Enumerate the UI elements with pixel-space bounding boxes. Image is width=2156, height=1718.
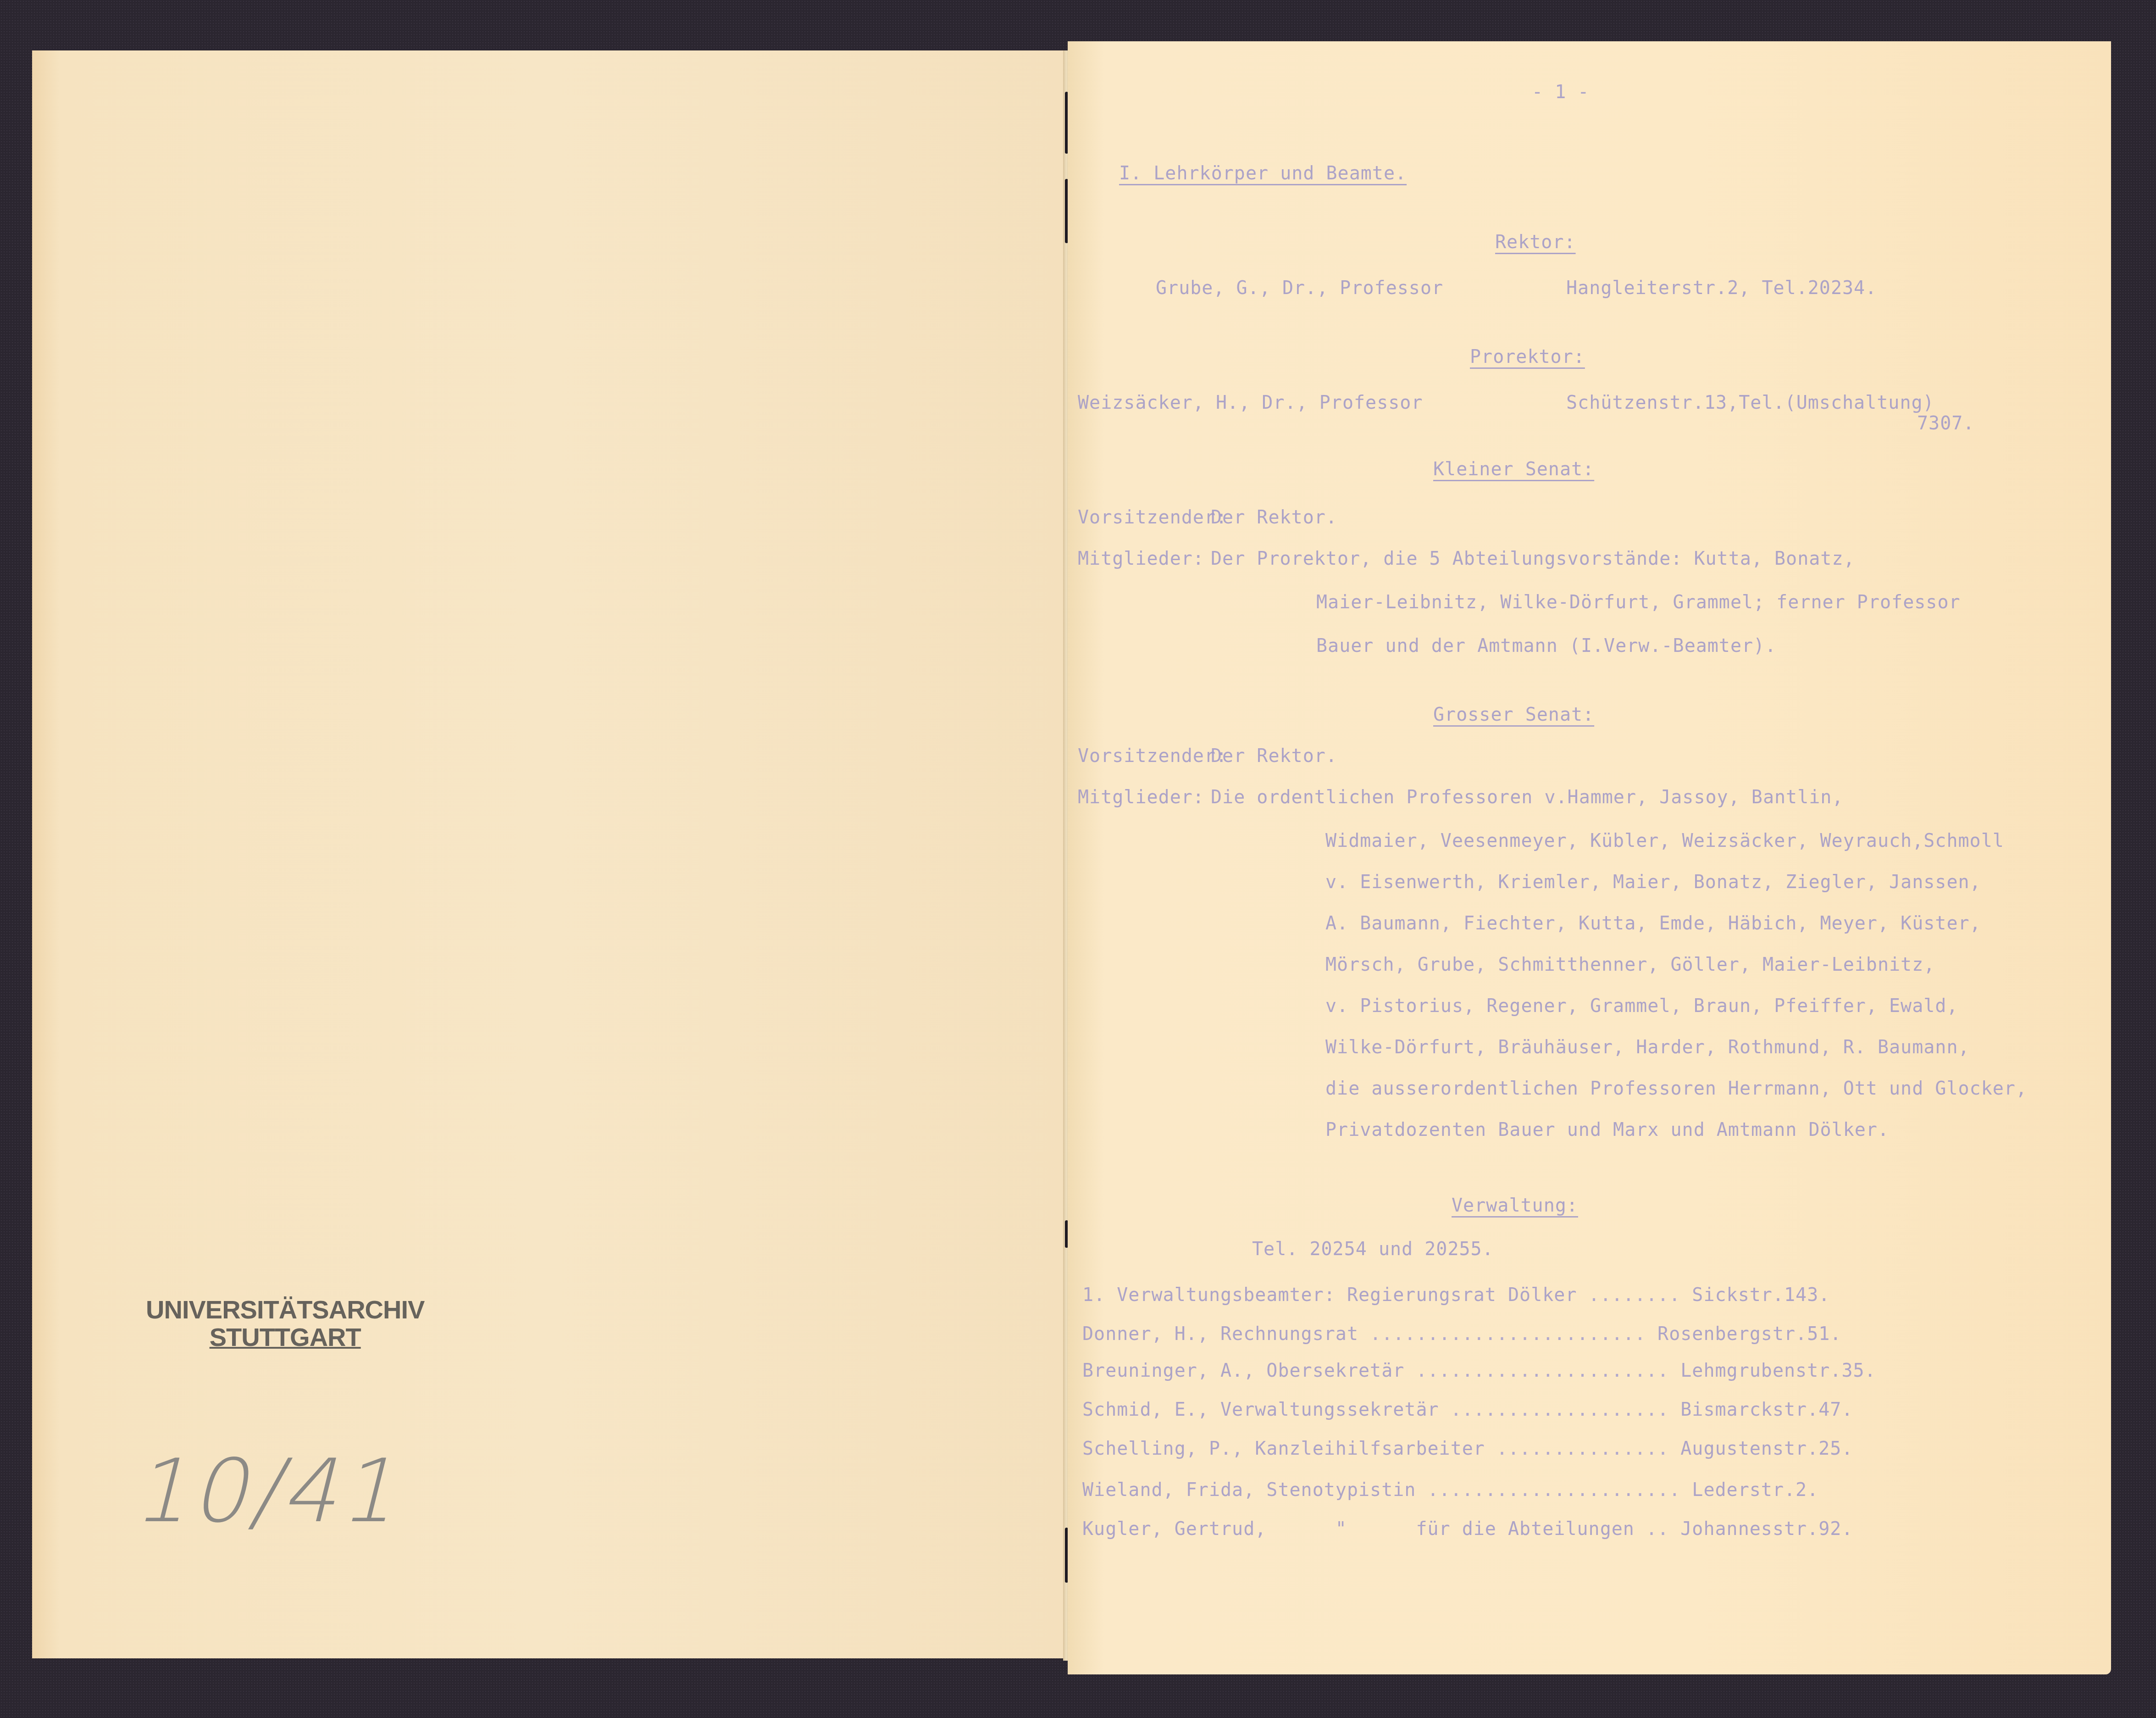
verwaltung-entry: 1. Verwaltungsbeamter: Regierungsrat Döl… [1082, 1284, 1830, 1306]
rektor-name: Grube, G., Dr., Professor [1156, 278, 1443, 299]
kleiner-senat-vorsitzender-label: Vorsitzender: [1078, 507, 1227, 528]
verwaltung-telephone: Tel. 20254 und 20255. [1252, 1239, 1494, 1260]
verwaltung-entry: Schmid, E., Verwaltungssekretär ........… [1082, 1399, 1853, 1420]
stamp-line2: STUTTGART [146, 1323, 424, 1351]
verwaltung-entry: Donner, H., Rechnungsrat ...............… [1082, 1323, 1841, 1345]
archive-stamp: UNIVERSITÄTSARCHIV STUTTGART [146, 1296, 424, 1351]
kleiner-senat-member-line: Der Prorektor, die 5 Abteilungsvorstände… [1211, 548, 1855, 569]
grosser-senat-member-line: Wilke-Dörfurt, Bräuhäuser, Harder, Rothm… [1325, 1037, 1970, 1058]
verwaltung-entry: Kugler, Gertrud, " für die Abteilungen .… [1082, 1518, 1853, 1540]
grosser-senat-vorsitzender: Der Rektor. [1211, 745, 1337, 767]
kleiner-senat-heading: Kleiner Senat: [1433, 459, 1594, 480]
grosser-senat-heading: Grosser Senat: [1433, 704, 1594, 725]
grosser-senat-member-line: die ausserordentlichen Professoren Herrm… [1325, 1078, 2027, 1099]
prorektor-name: Weizsäcker, H., Dr., Professor [1078, 392, 1423, 413]
grosser-senat-member-line: Privatdozenten Bauer und Marx und Amtman… [1325, 1119, 1889, 1140]
page-number: - 1 - [1532, 82, 1589, 103]
grosser-senat-member-line: v. Eisenwerth, Kriemler, Maier, Bonatz, … [1325, 872, 1981, 893]
kleiner-senat-member-line: Bauer und der Amtmann (I.Verw.-Beamter). [1316, 635, 1776, 656]
verwaltung-entry: Wieland, Frida, Stenotypistin ..........… [1082, 1479, 1818, 1501]
grosser-senat-vorsitzender-label: Vorsitzender: [1078, 745, 1227, 767]
section-title: I. Lehrkörper und Beamte. [1119, 163, 1407, 184]
prorektor-heading: Prorektor: [1470, 346, 1585, 367]
grosser-senat-mitglieder-label: Mitglieder: [1078, 787, 1204, 808]
verwaltung-heading: Verwaltung: [1452, 1195, 1578, 1216]
kleiner-senat-mitglieder-label: Mitglieder: [1078, 548, 1204, 569]
handwritten-number: 10/41 [127, 1440, 417, 1542]
grosser-senat-member-line: Widmaier, Veesenmeyer, Kübler, Weizsäcke… [1325, 830, 2004, 851]
kleiner-senat-vorsitzender: Der Rektor. [1211, 507, 1337, 528]
grosser-senat-member-line: Die ordentlichen Professoren v.Hammer, J… [1211, 787, 1844, 808]
kleiner-senat-member-line: Maier-Leibnitz, Wilke-Dörfurt, Grammel; … [1316, 592, 1961, 613]
grosser-senat-member-line: v. Pistorius, Regener, Grammel, Braun, P… [1325, 995, 1958, 1017]
prorektor-address: Schützenstr.13,Tel.(Umschaltung) [1566, 392, 1934, 413]
prorektor-address-line2: 7307. [1917, 413, 1974, 434]
grosser-senat-member-line: Mörsch, Grube, Schmitthenner, Göller, Ma… [1325, 954, 1935, 975]
stamp-line1: UNIVERSITÄTSARCHIV [146, 1295, 424, 1324]
rektor-address: Hangleiterstr.2, Tel.20234. [1566, 278, 1877, 299]
rektor-heading: Rektor: [1495, 232, 1576, 253]
verwaltung-entry: Breuninger, A., Obersekretär ...........… [1082, 1360, 1876, 1381]
verwaltung-entry: Schelling, P., Kanzleihilfsarbeiter ....… [1082, 1438, 1853, 1459]
left-page [32, 50, 1066, 1658]
grosser-senat-member-line: A. Baumann, Fiechter, Kutta, Emde, Häbic… [1325, 913, 1981, 934]
